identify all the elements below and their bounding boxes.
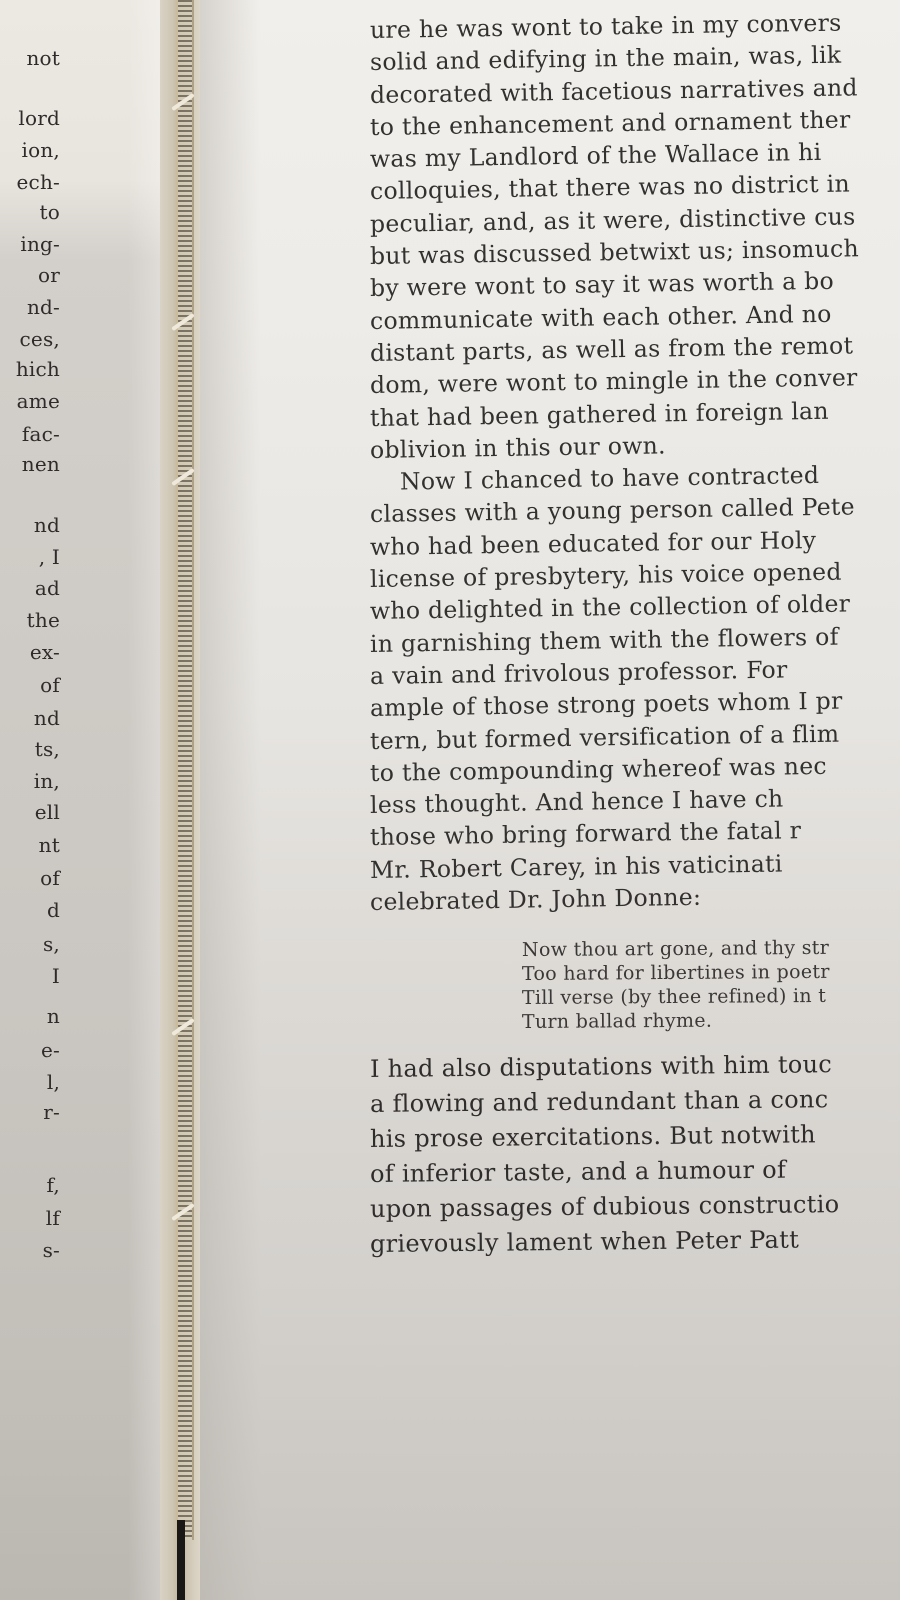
open-book-photo: notlordion,ech-toing-ornd-ces,hichamefac…	[0, 0, 900, 1600]
spine-board-edge	[177, 1520, 185, 1600]
right-page: ure he was wont to take in my convers so…	[200, 0, 900, 1600]
left-line-fragment: nd-	[27, 297, 60, 317]
left-line-fragment: s,	[43, 934, 60, 954]
right-page-text: ure he was wont to take in my convers so…	[370, 14, 900, 1262]
spine-binding-thread	[176, 0, 194, 1540]
left-line-fragment: to	[40, 202, 60, 222]
left-line-fragment: r-	[43, 1102, 60, 1122]
left-line-fragment: fac-	[22, 424, 60, 444]
paragraph-1: ure he was wont to take in my convers so…	[370, 14, 900, 466]
left-line-fragment: lf	[46, 1208, 60, 1228]
left-line-fragment: , I	[39, 547, 60, 567]
left-line-fragment: hich	[16, 359, 60, 379]
left-line-fragment: lord	[18, 108, 60, 128]
left-line-fragment: l,	[47, 1072, 60, 1092]
text-line: of inferior taste, and a humour of	[370, 1151, 900, 1192]
left-line-fragment: ad	[35, 578, 60, 598]
left-line-fragment: ces,	[20, 329, 60, 349]
left-line-fragment: of	[40, 675, 60, 695]
left-line-fragment: ell	[35, 802, 60, 822]
paragraph-2: Now I chanced to have contracted classes…	[370, 466, 900, 918]
poem-line: Till verse (by thee refined) in t	[522, 983, 900, 1010]
left-line-fragment: nd	[34, 708, 60, 728]
paragraph-3: I had also disputations with him touc a …	[370, 1052, 900, 1262]
left-line-fragment: ech-	[17, 172, 60, 192]
left-line-fragment: nen	[22, 454, 60, 474]
text-line: a flowing and redundant than a conc	[370, 1081, 900, 1122]
left-line-fragment: ing-	[20, 234, 60, 254]
text-line: grievously lament when Peter Patt	[370, 1221, 900, 1262]
text-line: his prose exercitations. But notwith	[370, 1116, 900, 1157]
left-line-fragment: s-	[43, 1240, 60, 1260]
left-line-fragment: I	[52, 966, 60, 986]
text-line: I had also disputations with him touc	[370, 1046, 900, 1087]
poem-line: Turn ballad rhyme.	[522, 1007, 900, 1034]
left-line-fragment: ts,	[35, 739, 60, 759]
left-line-fragment: in,	[34, 771, 60, 791]
left-line-fragment: nd	[34, 515, 60, 535]
left-line-fragment: not	[26, 48, 60, 68]
left-line-fragment: n	[47, 1006, 60, 1026]
left-line-fragment: ame	[17, 391, 60, 411]
left-line-fragment: f,	[47, 1175, 60, 1195]
left-line-fragment: the	[27, 610, 60, 630]
left-line-fragment: e-	[41, 1040, 60, 1060]
left-line-fragment: or	[38, 265, 60, 285]
left-page: notlordion,ech-toing-ornd-ces,hichamefac…	[0, 0, 168, 1600]
text-line: upon passages of dubious constructio	[370, 1186, 900, 1227]
left-line-fragment: ex-	[30, 642, 60, 662]
left-line-fragment: of	[40, 868, 60, 888]
poem-line: Too hard for libertines in poetr	[522, 959, 900, 986]
poem-quotation: Now thou art gone, and thy str Too hard …	[522, 938, 900, 1034]
left-line-fragment: d	[47, 900, 60, 920]
left-line-fragment: ion,	[22, 140, 60, 160]
left-page-text-edge: notlordion,ech-toing-ornd-ces,hichamefac…	[0, 0, 60, 1600]
left-line-fragment: nt	[39, 835, 60, 855]
poem-line: Now thou art gone, and thy str	[522, 935, 900, 962]
